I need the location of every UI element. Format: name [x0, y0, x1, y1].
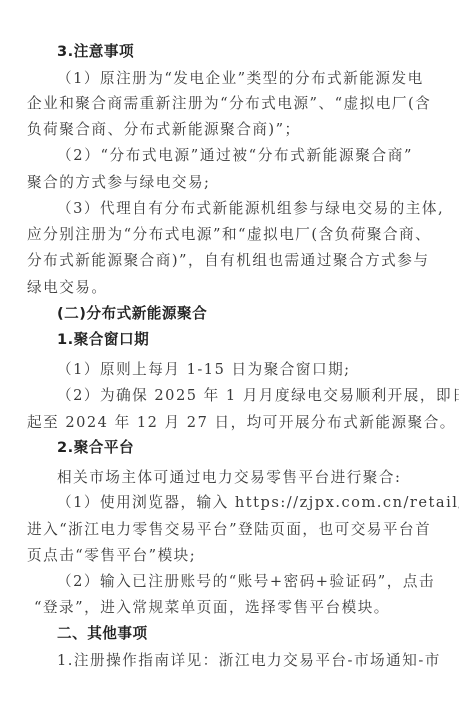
paragraph-line: （1）原注册为“发电企业”类型的分布式新能源发电 [57, 68, 413, 90]
paragraph-line: （2）为确保 2025 年 1 月月度绿电交易顺利开展，即日 [57, 385, 413, 407]
paragraph-line: （2）输入已注册账号的“账号+密码+验证码”，点击 [57, 571, 413, 593]
paragraph-line: 聚合的方式参与绿电交易; [27, 172, 413, 194]
paragraph-line: 页点击“零售平台”模块; [27, 545, 413, 567]
section-heading-aggregation: (二)分布式新能源聚合 [57, 303, 207, 325]
paragraph-line: （3）代理自有分布式新能源机组参与绿电交易的主体, [57, 198, 413, 220]
section-heading-notes: 3.注意事项 [57, 41, 134, 63]
subheading-platform: 2.聚合平台 [57, 437, 134, 459]
subheading-window-period: 1.聚合窗口期 [57, 329, 149, 351]
paragraph-line: 应分别注册为“分布式电源”和“虚拟电厂(含负荷聚合商、 [27, 224, 413, 246]
paragraph-line-url: （1）使用浏览器，输入 https://zjpx.com.cn/retail/ [57, 492, 413, 514]
paragraph-line: 绿电交易。 [27, 277, 413, 299]
section-heading-other: 二、其他事项 [57, 623, 148, 645]
paragraph-line: 1.注册操作指南详见：浙江电力交易平台-市场通知-市 [57, 650, 413, 672]
paragraph-line: （1）原则上每月 1-15 日为聚合窗口期; [57, 359, 413, 381]
paragraph-line: 起至 2024 年 12 月 27 日，均可开展分布式新能源聚合。 [27, 412, 413, 434]
document-page: 3.注意事项 （1）原注册为“发电企业”类型的分布式新能源发电 企业和聚合商需重… [0, 0, 459, 708]
paragraph-line: 分布式新能源聚合商)”，自有机组也需通过聚合方式参与 [27, 250, 413, 272]
paragraph-line: 负荷聚合商、分布式新能源聚合商)”； [27, 119, 413, 141]
paragraph-line: “登录”，进入常规菜单页面，选择零售平台模块。 [34, 597, 420, 619]
paragraph-line: 企业和聚合商需重新注册为“分布式电源”、“虚拟电厂(含 [27, 93, 413, 115]
paragraph-line: 相关市场主体可通过电力交易零售平台进行聚合: [57, 467, 413, 489]
paragraph-line: 进入“浙江电力零售交易平台”登陆页面，也可交易平台首 [27, 519, 413, 541]
paragraph-line: （2）“分布式电源”通过被“分布式新能源聚合商” [57, 145, 413, 167]
